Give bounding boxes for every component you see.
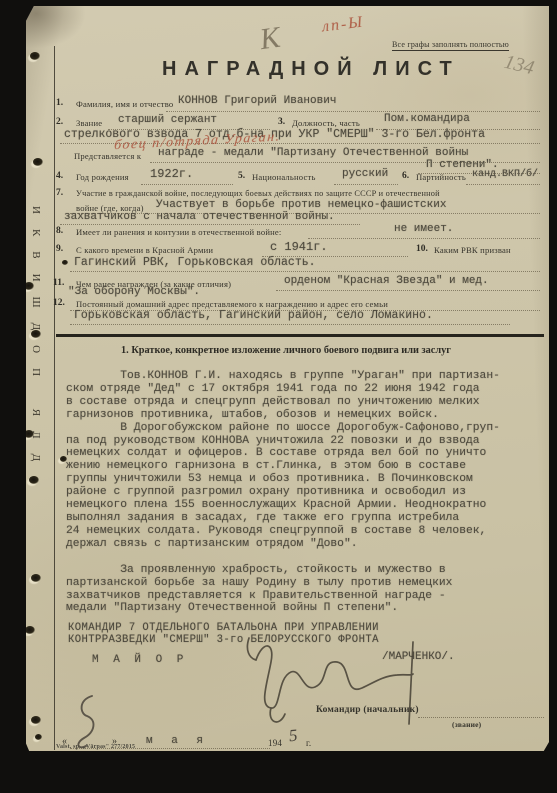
date-month-typed: м а я xyxy=(146,735,209,747)
field-10-label: Каким РВК призван xyxy=(434,245,511,255)
punch-hole xyxy=(33,158,43,166)
handwritten-day-8 xyxy=(70,690,104,750)
field-8-label: Имеет ли ранения и контузии в отечествен… xyxy=(76,227,282,237)
presented-for-value: награде - медали "Партизану Отечественно… xyxy=(158,147,468,159)
presented-for-label: Представляется к xyxy=(74,151,141,161)
signer-name: /МАРЧЕНКО/. xyxy=(382,651,455,663)
date-year-suffix: г. xyxy=(306,738,311,748)
punch-hole xyxy=(24,282,34,290)
paper-sheet: ИКВИШДОП ЯЛД К лп-Ы 134 Все графы заполн… xyxy=(26,6,549,751)
field-2-label: Звание xyxy=(76,118,102,128)
document-title: НАГРАДНОЙ ЛИСТ xyxy=(162,58,460,81)
ink-blot xyxy=(62,260,68,265)
scanned-award-document: ИКВИШДОП ЯЛД К лп-Ы 134 Все графы заполн… xyxy=(0,0,557,793)
field-7-value-line2: захватчиков с начала отечественной войны… xyxy=(64,211,335,223)
section-divider-line xyxy=(56,334,544,337)
pencil-mark-k: К xyxy=(258,21,282,57)
feat-paragraph-1: Тов.КОННОВ Г.И. находясь в группе "Урага… xyxy=(66,370,548,422)
field-1-label: Фамилия, имя и отчество xyxy=(76,99,173,109)
signer-title-line2: КОНТРРАЗВЕДКИ "СМЕРШ" 3-го БЕЛОРУССКОГО … xyxy=(68,634,379,646)
field-5-number: 5. xyxy=(238,171,245,181)
field-1-number: 1. xyxy=(56,98,63,108)
field-11-number: 11. xyxy=(53,278,64,288)
field-3-number: 3. xyxy=(278,117,285,127)
punch-hole xyxy=(35,734,42,740)
field-11-value-line2: "За оборону Москвы". xyxy=(68,286,200,298)
field-4-value-birthyear: 1922г. xyxy=(150,167,193,181)
margin-divider-line xyxy=(54,46,55,750)
field-9-label: С какого времени в Красной Армии xyxy=(76,245,213,255)
field-8-value-wounds: не имеет. xyxy=(394,223,453,235)
field-5-label: Национальность xyxy=(252,172,316,182)
field-10-number: 10. xyxy=(416,244,428,254)
field-7-number: 7. xyxy=(56,188,63,198)
field-5-value-nationality: русский xyxy=(342,168,388,180)
rank-hint-label: (звание) xyxy=(452,720,481,729)
field-9-number: 9. xyxy=(56,244,63,254)
field-3-label: Должность, часть xyxy=(292,118,360,128)
field-2-number: 2. xyxy=(56,117,63,127)
punch-hole xyxy=(31,574,41,582)
red-pencil-mark: лп-Ы xyxy=(321,13,365,36)
punch-hole xyxy=(31,330,41,338)
fill-all-fields-note: Все графы заполнять полностью xyxy=(392,40,509,51)
filing-margin-vertical-text: ИКВИШДОП ЯЛД xyxy=(30,206,42,596)
pencil-page-number: 134 xyxy=(502,51,537,81)
feat-paragraph-3: За проявленную храбрость, стойкость и му… xyxy=(66,564,548,616)
signer-rank: М А Й О Р xyxy=(92,654,187,666)
field-7-label: Участие в гражданской войне, последующих… xyxy=(76,189,440,198)
field-12-value-address: Горьковская область, Гагинский район, се… xyxy=(74,309,433,322)
commander-label: Командир (начальник) xyxy=(316,705,419,715)
field-2-value-rank: старший сержант xyxy=(118,114,217,126)
handwritten-year-digit: 5 xyxy=(288,726,299,747)
punch-hole xyxy=(24,430,34,438)
punch-hole xyxy=(30,52,40,60)
punch-hole xyxy=(31,716,41,724)
field-8-number: 8. xyxy=(56,226,63,236)
field-4-number: 4. xyxy=(56,171,63,181)
field-11-value-line1: орденом "Красная Звезда" и мед. xyxy=(284,275,489,287)
field-6-number: 6. xyxy=(402,171,409,181)
field-6-value-party: канд.ВКП/б/ xyxy=(472,169,538,180)
punch-hole xyxy=(29,476,39,484)
field-9-value-since: с 1941г. xyxy=(270,240,328,254)
field-6-label: Партийность xyxy=(416,172,466,182)
field-4-label: Год рождения xyxy=(76,172,129,182)
field-12-number: 12. xyxy=(53,298,65,308)
section-header: 1. Краткое, конкретное изложение личного… xyxy=(66,345,506,356)
field-12-label: Постоянный домашний адрес представляемог… xyxy=(76,299,388,309)
punch-hole xyxy=(25,626,35,634)
printers-mark: Valst. sp. „Vārpas" 277/2015 xyxy=(56,744,135,750)
field-1-value-name: КОННОВ Григорий Иванович xyxy=(178,95,336,107)
signer-title-line1: КОМАНДИР 7 ОТДЕЛЬНОГО БАТАЛЬОНА ПРИ УПРА… xyxy=(68,622,379,634)
feat-description: Тов.КОННОВ Г.И. находясь в группе "Урага… xyxy=(66,370,548,615)
field-3-value-position: Пом.командира xyxy=(384,113,470,125)
feat-paragraph-2: В Дорогобужском районе по шоссе Дорогобу… xyxy=(66,422,548,551)
date-year-printed: 194 xyxy=(268,738,282,748)
field-10-value-rvk: Гагинский РВК, Горьковская область. xyxy=(74,256,316,269)
field-7-value-line1: Участвует в борьбе против немецко-фашист… xyxy=(156,199,446,211)
